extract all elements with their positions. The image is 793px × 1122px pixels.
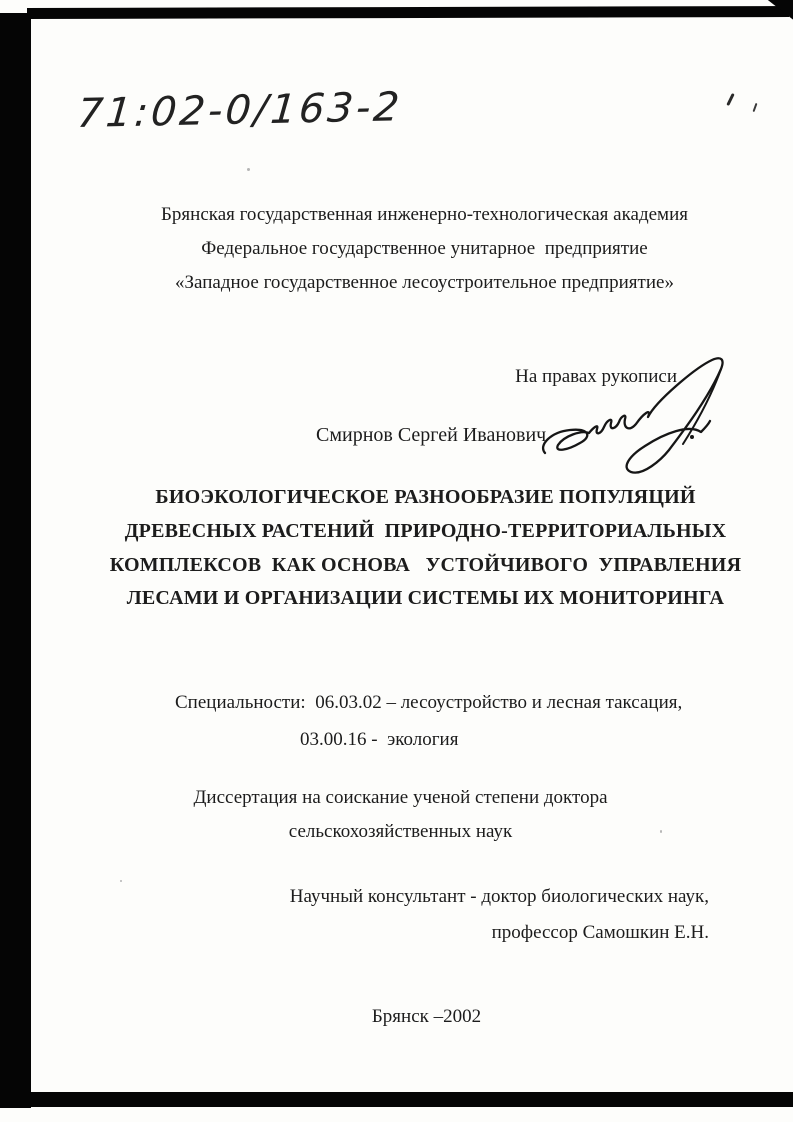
consultant-line-2: профессор Самошкин Е.Н.: [290, 915, 709, 951]
specialties-block: Специальности: 06.03.02 – лесоустройство…: [175, 684, 682, 758]
dissertation-line-1: Диссертация на соискание ученой степени …: [8, 781, 793, 815]
institution-line-1: Брянская государственная инженерно-техно…: [56, 198, 793, 232]
pen-mark: [753, 103, 758, 112]
scan-artifact-top-bar: [27, 6, 789, 19]
institution-header: Брянская государственная инженерно-техно…: [56, 198, 793, 300]
scan-speck: [120, 880, 122, 882]
author-name: Смирнов Сергей Иванович: [316, 424, 546, 447]
dissertation-line-2: сельскохозяйственных наук: [8, 815, 793, 849]
scan-speck: [247, 168, 250, 171]
title-line-3: КОМПЛЕКСОВ КАК ОСНОВА УСТОЙЧИВОГО УПРАВЛ…: [58, 549, 793, 583]
scan-artifact-bottom-bar: [27, 1092, 793, 1107]
consultant-line-1: Научный консультант - доктор биологическ…: [290, 879, 709, 915]
specialty-code-2: 03.00.16 - экология: [300, 721, 682, 758]
specialties-label: Специальности:: [175, 692, 310, 713]
institution-line-3: «Западное государственное лесоустроитель…: [56, 266, 793, 300]
scan-artifact-left-bar: [0, 13, 31, 1108]
scanned-title-page: 71:02-0/163-2 Брянская государственная и…: [0, 0, 793, 1122]
specialty-line-1: Специальности: 06.03.02 – лесоустройство…: [175, 684, 682, 721]
consultant-block: Научный консультант - доктор биологическ…: [290, 879, 709, 951]
dissertation-title: БИОЭКОЛОГИЧЕСКОЕ РАЗНООБРАЗИЕ ПОПУЛЯЦИЙ …: [58, 481, 793, 616]
handwritten-catalog-code: 71:02-0/163-2: [76, 81, 561, 137]
title-line-1: БИОЭКОЛОГИЧЕСКОЕ РАЗНООБРАЗИЕ ПОПУЛЯЦИЙ: [58, 481, 793, 515]
title-line-4: ЛЕСАМИ И ОРГАНИЗАЦИИ СИСТЕМЫ ИХ МОНИТОРИ…: [58, 582, 793, 616]
pen-mark: [726, 93, 734, 106]
dissertation-statement: Диссертация на соискание ученой степени …: [8, 781, 793, 849]
city-year: Брянск –2002: [60, 1006, 793, 1028]
specialty-code-1: 06.03.02 – лесоустройство и лесная такса…: [315, 692, 682, 713]
title-line-2: ДРЕВЕСНЫХ РАСТЕНИЙ ПРИРОДНО-ТЕРРИТОРИАЛЬ…: [58, 515, 793, 549]
institution-line-2: Федеральное государственное унитарное пр…: [56, 232, 793, 266]
